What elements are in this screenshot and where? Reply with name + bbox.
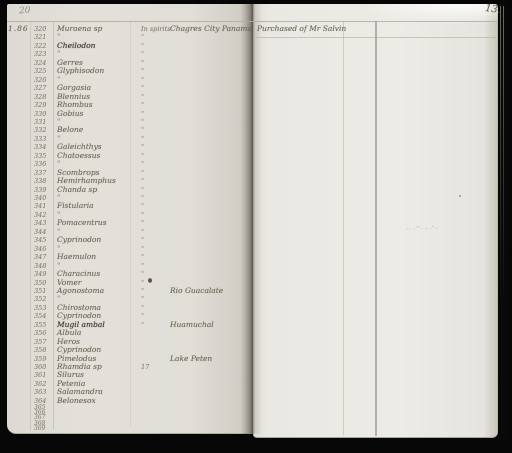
preservation-note: " (141, 67, 144, 75)
accession-number: 347 (34, 253, 46, 261)
specimen-name: Belonesox (57, 397, 96, 405)
specimen-name: Chanda sp (57, 186, 97, 194)
accession-number: 325 (34, 67, 46, 75)
locality-note: Chagres City Panama (170, 25, 252, 33)
accession-number: 321 (34, 33, 46, 41)
specimen-name: Muraena sp (57, 25, 102, 33)
unused-accession-number: 369 (34, 426, 45, 431)
preservation-note: " (141, 202, 144, 210)
accession-number: 363 (34, 388, 46, 396)
accession-number: 358 (34, 346, 46, 354)
specimen-name: Pomacentrus (57, 219, 107, 227)
accession-number: 342 (34, 211, 46, 219)
accession-number: 354 (34, 312, 46, 320)
acquisition-note: Purchased of Mr Salvin (257, 25, 346, 33)
accession-number: 356 (34, 329, 46, 337)
specimen-name: Cyprinodon (57, 346, 101, 354)
accession-number: 357 (34, 338, 46, 346)
paper-speck (459, 195, 461, 197)
preservation-note: " (141, 287, 144, 295)
scanned-ledger-spread: 20 13. 1.86 320 Muraena sp In spirits Ch… (0, 0, 512, 453)
accession-number: 344 (34, 228, 46, 236)
page-edge-line (503, 6, 504, 306)
specimen-name: Hemirhamphus (57, 177, 116, 185)
preservation-note: " (141, 126, 144, 134)
accession-number: 322 (34, 42, 46, 50)
preservation-note: " (141, 312, 144, 320)
preservation-note: " (141, 143, 144, 151)
preservation-note: " (141, 169, 144, 177)
specimen-name: Belone (57, 126, 83, 134)
preservation-note: " (141, 279, 144, 287)
preservation-note: " (141, 101, 144, 109)
locality-note: Huamuchal (170, 321, 214, 329)
preservation-note: " (141, 152, 144, 160)
preservation-note: " (141, 33, 144, 41)
accession-number: 351 (34, 287, 46, 295)
preservation-note: " (141, 177, 144, 185)
accession-number: 332 (34, 126, 46, 134)
accession-number: 326 (34, 76, 46, 84)
specimen-name: Cyprinodon (57, 236, 101, 244)
specimen-name: Gorgasia (57, 84, 91, 92)
accession-number: 360 (34, 363, 46, 371)
accession-number: 331 (34, 118, 46, 126)
accession-number: 335 (34, 152, 46, 160)
preservation-note: " (141, 295, 144, 303)
preservation-note: " (141, 270, 144, 278)
specimen-name: Characinus (57, 270, 100, 278)
specimen-name: Agonostoma (57, 287, 104, 295)
specimen-name: " (57, 160, 60, 168)
accession-number: 324 (34, 59, 46, 67)
register-row: 364 Belonesox (0, 397, 512, 406)
scan-top-edge (0, 0, 512, 4)
preservation-note: " (141, 186, 144, 194)
accession-number: 327 (34, 84, 46, 92)
accession-number: 346 (34, 245, 46, 253)
preservation-note: " (141, 84, 144, 92)
specimen-name: Fistularia (57, 202, 94, 210)
accession-number: 333 (34, 135, 46, 143)
accession-number: 355 (34, 321, 46, 329)
preservation-note: " (141, 245, 144, 253)
pencil-folio-note: 20 (19, 6, 31, 17)
preservation-note: " (141, 118, 144, 126)
preservation-note: " (141, 59, 144, 67)
specimen-name: Chatoessus (57, 152, 100, 160)
preservation-note: " (141, 219, 144, 227)
accession-number: 348 (34, 262, 46, 270)
accession-number: 328 (34, 93, 46, 101)
accession-number: 359 (34, 355, 46, 363)
accession-number: 337 (34, 169, 46, 177)
preservation-note: " (141, 194, 144, 202)
preservation-note: " (141, 42, 144, 50)
locality-note: Rio Guacalate (170, 287, 223, 295)
accession-number: 343 (34, 219, 46, 227)
accession-number: 361 (34, 371, 46, 379)
preservation-note: " (141, 321, 144, 329)
specimen-name: Albula (57, 329, 81, 337)
specimen-name: Gobius (57, 110, 83, 118)
page-stack-right-edge (497, 0, 512, 440)
accession-number: 350 (34, 279, 46, 287)
accession-number: 341 (34, 202, 46, 210)
preservation-note: " (141, 50, 144, 58)
preservation-note: " (141, 304, 144, 312)
accession-number: 362 (34, 380, 46, 388)
preservation-note: " (141, 228, 144, 236)
accession-number: 330 (34, 110, 46, 118)
accession-number: 323 (34, 50, 46, 58)
accession-number: 336 (34, 160, 46, 168)
accession-number: 349 (34, 270, 46, 278)
accession-number: 338 (34, 177, 46, 185)
page-edge-line (500, 6, 501, 306)
entry-date: 1.86 (8, 25, 29, 33)
preservation-note: " (141, 262, 144, 270)
accession-number: 340 (34, 194, 46, 202)
specimen-name: Glyphisodon (57, 67, 104, 75)
accession-number: 352 (34, 295, 46, 303)
specimen-name: Cheilodon (57, 42, 95, 50)
accession-number: 353 (34, 304, 46, 312)
preservation-note: In spirits (141, 25, 171, 33)
preservation-note: " (141, 93, 144, 101)
preservation-note: " (141, 76, 144, 84)
specimen-name: Rhombus (57, 101, 93, 109)
preservation-note: " (141, 110, 144, 118)
preservation-note: " (141, 253, 144, 261)
locality-note: Lake Peten (170, 355, 212, 363)
accession-number: 334 (34, 143, 46, 151)
preservation-note: " (141, 160, 144, 168)
ink-blot (148, 278, 152, 283)
accession-number: 345 (34, 236, 46, 244)
accession-number: 339 (34, 186, 46, 194)
accession-number: 329 (34, 101, 46, 109)
preservation-note: " (141, 211, 144, 219)
preservation-note: 17 (141, 363, 149, 371)
specimen-name: Haemulon (57, 253, 96, 261)
preservation-note: " (141, 236, 144, 244)
preservation-note: " (141, 135, 144, 143)
accession-number: 320 (34, 25, 46, 33)
